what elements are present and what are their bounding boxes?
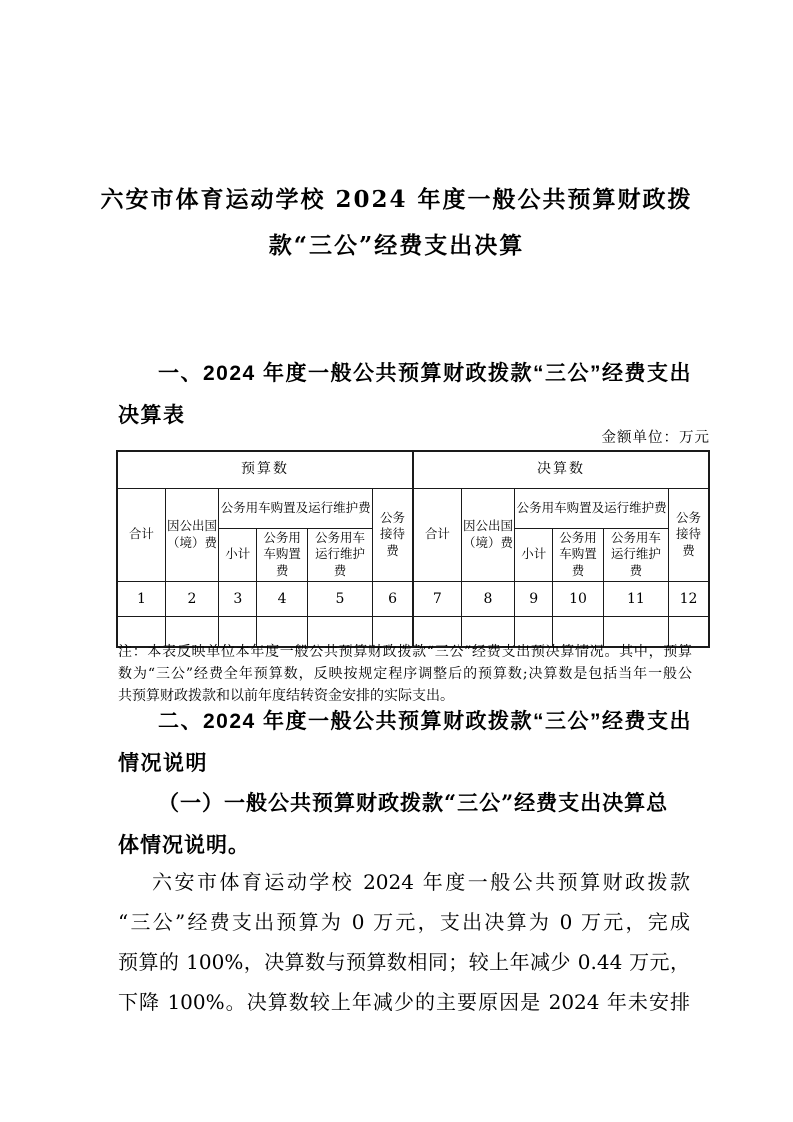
header-budget-abroad: 因公出国（境）费 [165, 488, 218, 582]
subsection1-heading-line-2: 体情况说明。 [118, 824, 712, 866]
section2-heading-line-2: 情况说明 [118, 743, 712, 785]
section1-heading-line-1: 一、2024 年度一般公共预算财政拨款“三公”经费支出 [118, 353, 712, 395]
column-number-10: 10 [553, 582, 603, 617]
column-number-7: 7 [413, 582, 461, 617]
column-number-2: 2 [165, 582, 218, 617]
overview-paragraph-line-4: 下降 100%。决算数较上年减少的主要原因是 2024 年未安排 [118, 982, 690, 1022]
header-budget-vehicle-subtotal: 小计 [219, 528, 257, 582]
amount-unit-label: 金额单位：万元 [118, 426, 710, 447]
header-final-vehicle-group: 公务用车购置及运行维护费 [515, 488, 669, 528]
column-number-5: 5 [307, 582, 372, 617]
section2-heading: 二、2024 年度一般公共预算财政拨款“三公”经费支出 情况说明 [118, 701, 712, 785]
subsection1-heading-line-1: （一）一般公共预算财政拨款“三公”经费支出决算总 [118, 782, 712, 824]
header-budget-vehicle-group: 公务用车购置及运行维护费 [219, 488, 373, 528]
section2-heading-line-1: 二、2024 年度一般公共预算财政拨款“三公”经费支出 [118, 701, 712, 743]
document-title-line-2: 款“三公”经费支出决算 [0, 223, 793, 269]
group-header-final: 决算数 [413, 451, 709, 488]
column-number-8: 8 [461, 582, 514, 617]
overview-paragraph: 六安市体育运动学校 2024 年度一般公共预算财政拨款 “三公”经费支出预算为 … [118, 862, 690, 1022]
table-note-line-2: 数为“三公”经费全年预算数，反映按规定程序调整后的预算数;决算数是包括当年一般公 [118, 663, 692, 685]
overview-paragraph-line-2: “三公”经费支出预算为 0 万元，支出决算为 0 万元，完成 [118, 902, 690, 942]
column-number-6: 6 [373, 582, 413, 617]
section1-heading: 一、2024 年度一般公共预算财政拨款“三公”经费支出 决算表 [118, 353, 712, 437]
header-final-vehicle-maintenance: 公务用车运行维护费 [603, 528, 668, 582]
three-public-expense-table: 预算数 决算数 合计 因公出国（境）费 公务用车购置及运行维护费 公务接待费 合… [116, 450, 710, 648]
group-header-budget: 预算数 [117, 451, 413, 488]
overview-paragraph-line-1: 六安市体育运动学校 2024 年度一般公共预算财政拨款 [118, 862, 690, 902]
header-final-vehicle-subtotal: 小计 [515, 528, 553, 582]
header-budget-vehicle-purchase: 公务用车购置费 [257, 528, 307, 582]
header-budget-vehicle-maintenance: 公务用车运行维护费 [307, 528, 372, 582]
table-note: 注：本表反映单位本年度一般公共预算财政拨款“三公”经费支出预决算情况。其中，预算… [118, 641, 692, 707]
header-final-reception: 公务接待费 [669, 488, 709, 582]
column-number-12: 12 [669, 582, 709, 617]
column-number-4: 4 [257, 582, 307, 617]
overview-paragraph-line-3: 预算的 100%，决算数与预算数相同；较上年减少 0.44 万元， [118, 942, 690, 982]
column-number-9: 9 [515, 582, 553, 617]
header-final-abroad: 因公出国（境）费 [461, 488, 514, 582]
column-number-row: 1 2 3 4 5 6 7 8 9 10 11 12 [117, 582, 709, 617]
column-number-1: 1 [117, 582, 165, 617]
table-note-line-1: 注：本表反映单位本年度一般公共预算财政拨款“三公”经费支出预决算情况。其中，预算 [118, 641, 692, 663]
document-title: 六安市体育运动学校 2024 年度一般公共预算财政拨 款“三公”经费支出决算 [0, 177, 793, 269]
header-budget-reception: 公务接待费 [373, 488, 413, 582]
column-number-11: 11 [603, 582, 668, 617]
subsection1-heading: （一）一般公共预算财政拨款“三公”经费支出决算总 体情况说明。 [118, 782, 712, 866]
header-budget-total: 合计 [117, 488, 165, 582]
document-page: 六安市体育运动学校 2024 年度一般公共预算财政拨 款“三公”经费支出决算 一… [0, 0, 793, 1122]
document-title-line-1: 六安市体育运动学校 2024 年度一般公共预算财政拨 [0, 177, 793, 223]
header-final-vehicle-purchase: 公务用车购置费 [553, 528, 603, 582]
column-number-3: 3 [219, 582, 257, 617]
header-final-total: 合计 [413, 488, 461, 582]
